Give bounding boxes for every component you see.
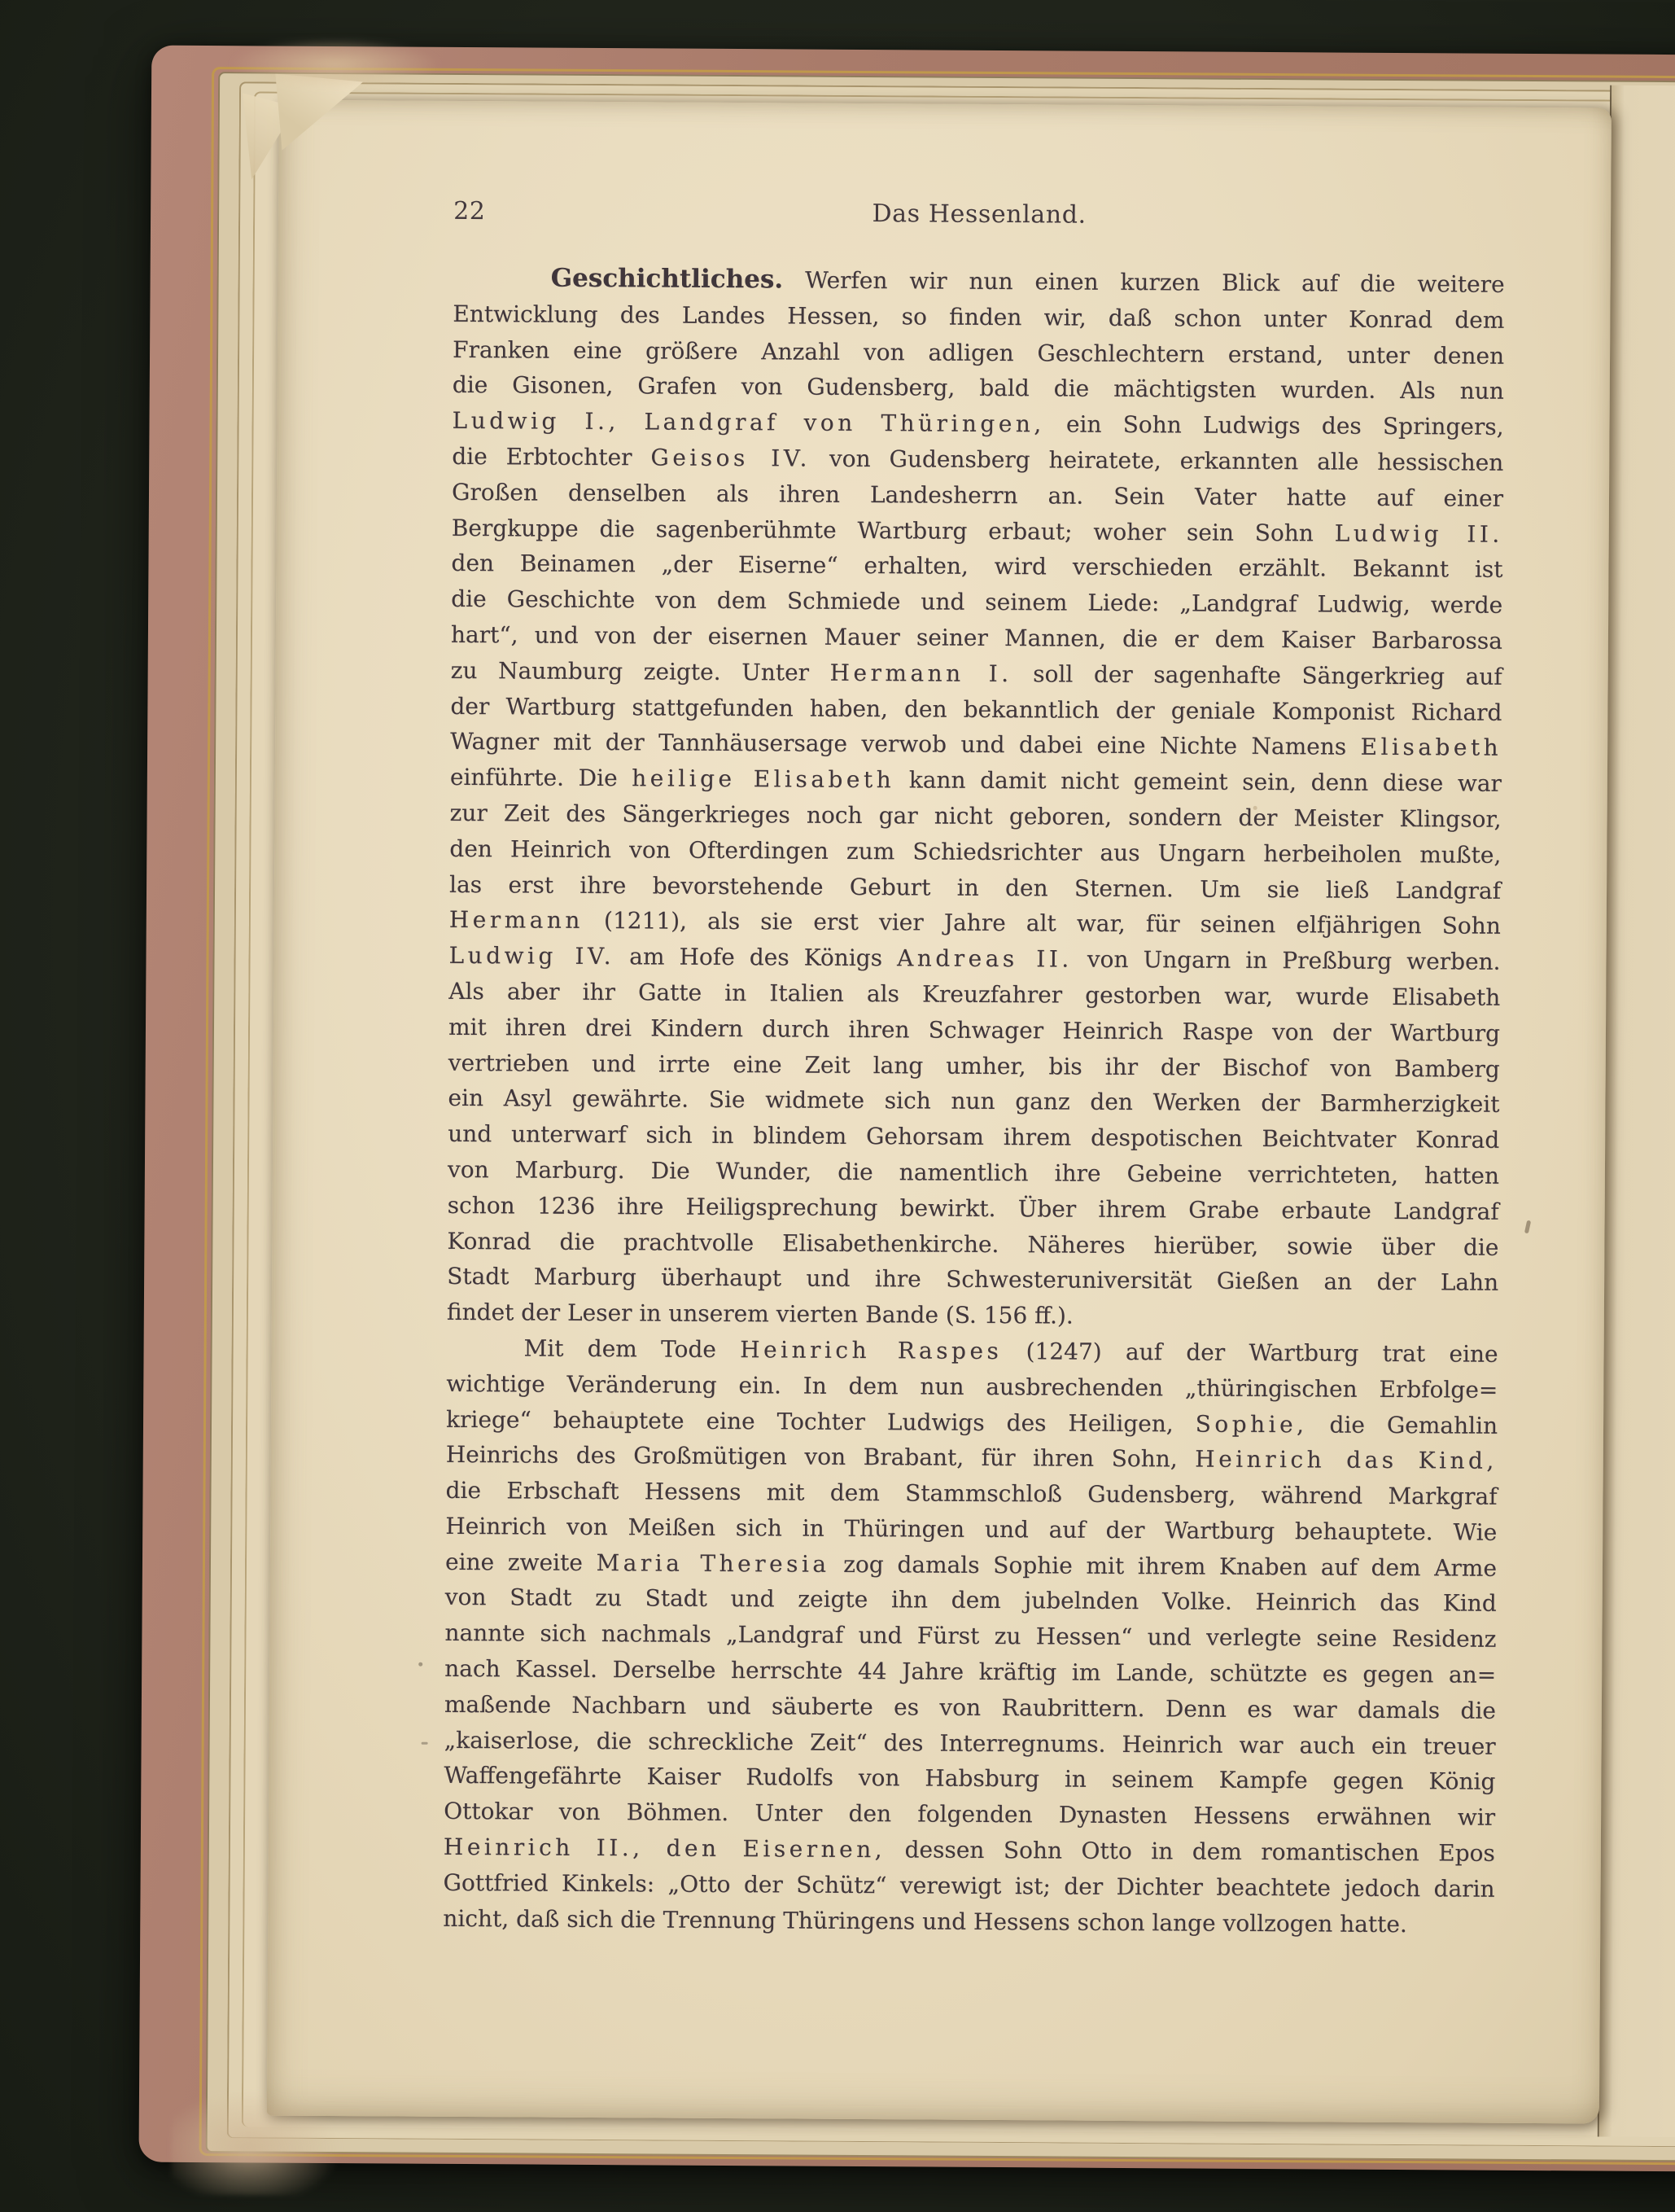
text-line: Mit dem Tode Heinrich Raspes (1247) auf … bbox=[446, 1330, 1498, 1373]
text-segment: „kaiserlose, die schreckliche Zeit“ des … bbox=[444, 1727, 1496, 1760]
text-segment: den Beinamen „der Eiserne“ erhalten, wir… bbox=[451, 550, 1502, 583]
text-segment: Waffengefährte Kaiser Rudolfs von Habsbu… bbox=[444, 1762, 1495, 1795]
text-segment: Wagner mit der Tannhäusersage verwob und… bbox=[450, 728, 1361, 760]
text-segment: die Erbtochter bbox=[452, 443, 650, 471]
text-segment: kann damit nicht gemeint sein, denn dies… bbox=[894, 766, 1502, 797]
text-line: nannte sich nachmals „Landgraf und Fürst… bbox=[444, 1615, 1496, 1658]
text-segment: ein Sohn Ludwigs des Springers, bbox=[1045, 411, 1504, 440]
paper-speck bbox=[418, 1662, 422, 1667]
text-segment: (1247) auf der Wartburg trat eine bbox=[1002, 1338, 1498, 1368]
text-line: nach Kassel. Derselbe herrschte 44 Jahre… bbox=[444, 1651, 1496, 1693]
text-segment: am Hofe des Königs bbox=[614, 943, 897, 971]
text-segment: (1211), als sie erst vier Jahre alt war,… bbox=[584, 907, 1501, 940]
text-segment: mit ihren drei Kindern durch ihren Schwa… bbox=[448, 1014, 1500, 1047]
text-segment: von Ungarn in Preßburg werben. bbox=[1073, 946, 1501, 975]
text-segment: Bergkuppe die sagenberühmte Wartburg erb… bbox=[452, 514, 1335, 546]
running-title: Das Hessenland. bbox=[872, 199, 1086, 230]
text-segment: Ottokar von Böhmen. Unter den folgenden … bbox=[444, 1798, 1495, 1831]
inline-heading: Geschichtliches. bbox=[551, 264, 784, 295]
text-line: findet der Leser in unserem vierten Band… bbox=[447, 1294, 1498, 1337]
text-segment: eine zweite bbox=[445, 1548, 597, 1576]
text-line: hart“, und von der eisernen Mauer seiner… bbox=[451, 617, 1502, 659]
text-segment: Stadt Marburg überhaupt und ihre Schwest… bbox=[447, 1263, 1498, 1296]
text-segment: die Erbschaft Hessens mit dem Stammschlo… bbox=[445, 1477, 1497, 1510]
text-line: Geschichtliches. Werfen wir nun einen ku… bbox=[453, 261, 1504, 303]
text-segment: die Geschichte von dem Schmiede und sein… bbox=[451, 585, 1502, 619]
text-segment: Gottfried Kinkels: „Otto der Schütz“ ver… bbox=[443, 1869, 1494, 1903]
text-segment: maßende Nachbarn und säuberte es von Rau… bbox=[444, 1691, 1496, 1724]
text-line: maßende Nachbarn und säuberte es von Rau… bbox=[444, 1687, 1496, 1729]
text-segment: Heinrichs des Großmütigen von Brabant, f… bbox=[446, 1441, 1196, 1473]
text-segment: nach Kassel. Derselbe herrschte 44 Jahre… bbox=[444, 1655, 1496, 1689]
text-segment: den Heinrich von Ofterdingen zum Schieds… bbox=[449, 835, 1501, 869]
text-line: Wagner mit der Tannhäusersage verwob und… bbox=[450, 724, 1502, 766]
text-segment: von Stadt zu Stadt und zeigte ihn dem ju… bbox=[445, 1583, 1497, 1617]
letterspaced-name: Geisos IV. bbox=[650, 444, 811, 471]
text-segment: von Gudensberg heiratete, erkannten alle… bbox=[811, 445, 1504, 476]
letterspaced-name: Andreas II. bbox=[897, 944, 1073, 972]
text-line: den Beinamen „der Eiserne“ erhalten, wir… bbox=[451, 545, 1502, 588]
text-line: Heinrichs des Großmütigen von Brabant, f… bbox=[446, 1437, 1498, 1479]
text-line: von Marburg. Die Wunder, die namentlich … bbox=[448, 1152, 1499, 1194]
text-line: Ludwig IV. am Hofe des Königs Andreas II… bbox=[448, 938, 1500, 980]
letterspaced-name: Maria Theresia bbox=[596, 1549, 829, 1578]
text-segment: Heinrich von Meißen sich in Thüringen un… bbox=[445, 1513, 1497, 1546]
letterspaced-name: Heinrich II., den Eisernen, bbox=[444, 1833, 886, 1863]
letterspaced-name: heilige Elisabeth bbox=[632, 764, 894, 793]
text-line: nicht, daß sich die Trennung Thüringens … bbox=[443, 1901, 1494, 1943]
text-segment: zur Zeit des Sängerkrieges noch gar nich… bbox=[450, 799, 1502, 833]
text-line: die Gisonen, Grafen von Gudensberg, bald… bbox=[453, 367, 1504, 410]
body-text: Geschichtliches. Werfen wir nun einen ku… bbox=[443, 261, 1505, 1943]
margin-ink-mark bbox=[1524, 1220, 1531, 1234]
page-number: 22 bbox=[453, 197, 486, 226]
text-segment: von Marburg. Die Wunder, die namentlich … bbox=[448, 1156, 1499, 1189]
paragraph: Mit dem Tode Heinrich Raspes (1247) auf … bbox=[443, 1330, 1498, 1943]
text-segment: Entwicklung des Landes Hessen, so finden… bbox=[453, 300, 1504, 334]
letterspaced-name: Hermann I. bbox=[829, 659, 1012, 687]
text-line: einführte. Die heilige Elisabeth kann da… bbox=[450, 760, 1502, 802]
letterspaced-name: Elisabeth bbox=[1361, 734, 1502, 761]
text-segment: findet der Leser in unserem vierten Band… bbox=[447, 1299, 1074, 1329]
text-line: die Geschichte von dem Schmiede und sein… bbox=[451, 581, 1502, 624]
text-line: kriege“ behauptete eine Tochter Ludwigs … bbox=[446, 1401, 1498, 1443]
text-segment: dessen Sohn Otto in dem romantischen Epo… bbox=[886, 1836, 1495, 1867]
text-line: ein Asyl gewährte. Sie widmete sich nun … bbox=[448, 1080, 1499, 1123]
text-segment: und unterwarf sich in blindem Gehorsam i… bbox=[448, 1120, 1499, 1154]
text-line: eine zweite Maria Theresia zog damals So… bbox=[445, 1544, 1497, 1587]
text-line: Als aber ihr Gatte in Italien als Kreuzf… bbox=[448, 974, 1500, 1016]
text-segment: zu Naumburg zeigte. Unter bbox=[451, 657, 830, 686]
text-segment: kriege“ behauptete eine Tochter Ludwigs … bbox=[446, 1405, 1196, 1437]
letterspaced-name: Hermann bbox=[449, 906, 584, 934]
letterspaced-name: Ludwig IV. bbox=[448, 942, 614, 970]
text-segment: Franken eine größere Anzahl von adligen … bbox=[453, 335, 1504, 369]
text-segment: wichtige Veränderung ein. In dem nun aus… bbox=[446, 1370, 1498, 1404]
text-line: Hermann (1211), als sie erst vier Jahre … bbox=[449, 902, 1501, 944]
paragraph: Geschichtliches. Werfen wir nun einen ku… bbox=[447, 261, 1505, 1337]
text-segment: nicht, daß sich die Trennung Thüringens … bbox=[443, 1905, 1407, 1938]
text-line: mit ihren drei Kindern durch ihren Schwa… bbox=[448, 1010, 1500, 1052]
text-line: Waffengefährte Kaiser Rudolfs von Habsbu… bbox=[444, 1758, 1495, 1800]
text-line: die Erbtochter Geisos IV. von Gudensberg… bbox=[452, 439, 1503, 481]
text-line: Ottokar von Böhmen. Unter den folgenden … bbox=[444, 1794, 1495, 1836]
text-segment: las erst ihre bevorstehende Geburt in de… bbox=[449, 870, 1501, 904]
text-segment: nannte sich nachmals „Landgraf und Fürst… bbox=[444, 1619, 1496, 1653]
text-segment: ein Asyl gewährte. Sie widmete sich nun … bbox=[448, 1084, 1499, 1118]
text-line: und unterwarf sich in blindem Gehorsam i… bbox=[448, 1116, 1499, 1159]
text-segment: Großen denselben als ihren Landesherrn a… bbox=[452, 479, 1503, 512]
text-line: Stadt Marburg überhaupt und ihre Schwest… bbox=[447, 1259, 1498, 1301]
text-line: von Stadt zu Stadt und zeigte ihn dem ju… bbox=[445, 1579, 1497, 1622]
text-line: den Heinrich von Ofterdingen zum Schieds… bbox=[449, 831, 1501, 874]
text-line: zur Zeit des Sängerkrieges noch gar nich… bbox=[449, 795, 1501, 838]
text-segment: hart“, und von der eisernen Mauer seiner… bbox=[451, 621, 1502, 655]
book-page: 22 Das Hessenland. Geschichtliches. Werf… bbox=[267, 100, 1612, 2124]
text-line: Entwicklung des Landes Hessen, so finden… bbox=[453, 296, 1504, 339]
letterspaced-name: Heinrich das Kind, bbox=[1195, 1446, 1498, 1474]
text-line: Heinrich von Meißen sich in Thüringen un… bbox=[445, 1509, 1497, 1551]
text-line: der Wartburg stattgefunden haben, den be… bbox=[450, 688, 1502, 730]
text-segment: Als aber ihr Gatte in Italien als Kreuzf… bbox=[448, 978, 1500, 1011]
text-line: Ludwig I., Landgraf von Thüringen, ein S… bbox=[452, 403, 1503, 445]
text-segment: schon 1236 ihre Heiligsprechung bewirkt.… bbox=[448, 1192, 1499, 1225]
letterspaced-name: Ludwig II. bbox=[1335, 519, 1503, 547]
text-segment: einführte. Die bbox=[450, 764, 632, 791]
text-segment: die Gisonen, Grafen von Gudensberg, bald… bbox=[453, 371, 1504, 405]
text-line: Großen denselben als ihren Landesherrn a… bbox=[452, 475, 1503, 517]
text-segment: Konrad die prachtvolle Elisabethenkirche… bbox=[447, 1227, 1498, 1260]
letterspaced-name: Sophie, bbox=[1196, 1410, 1308, 1438]
text-line: die Erbschaft Hessens mit dem Stammschlo… bbox=[445, 1473, 1497, 1515]
text-line: zu Naumburg zeigte. Unter Hermann I. sol… bbox=[451, 653, 1502, 695]
text-line: Gottfried Kinkels: „Otto der Schütz“ ver… bbox=[443, 1865, 1494, 1908]
text-line: „kaiserlose, die schreckliche Zeit“ des … bbox=[444, 1723, 1496, 1765]
text-line: vertrieben und irrte eine Zeit lang umhe… bbox=[448, 1045, 1500, 1087]
text-segment: Mit dem Tode bbox=[524, 1334, 741, 1363]
letterspaced-name: Heinrich Raspes bbox=[740, 1336, 1002, 1364]
text-line: las erst ihre bevorstehende Geburt in de… bbox=[449, 866, 1501, 909]
text-line: Konrad die prachtvolle Elisabethenkirche… bbox=[447, 1223, 1498, 1265]
text-segment: soll der sagenhafte Sängerkrieg auf bbox=[1012, 660, 1502, 690]
text-segment: vertrieben und irrte eine Zeit lang umhe… bbox=[448, 1049, 1500, 1082]
scanned-book-photo: 22 Das Hessenland. Geschichtliches. Werf… bbox=[0, 0, 1675, 2212]
text-line: Bergkuppe die sagenberühmte Wartburg erb… bbox=[452, 510, 1503, 552]
text-segment: Werfen wir nun einen kurzen Blick auf di… bbox=[783, 266, 1505, 297]
text-line: Heinrich II., den Eisernen, dessen Sohn … bbox=[444, 1829, 1495, 1872]
text-segment: zog damals Sophie mit ihrem Knaben auf d… bbox=[829, 1550, 1497, 1581]
letterspaced-name: Ludwig I., Landgraf von Thüringen, bbox=[452, 407, 1044, 437]
paper-speck bbox=[422, 1742, 428, 1745]
text-line: wichtige Veränderung ein. In dem nun aus… bbox=[446, 1366, 1498, 1408]
text-segment: der Wartburg stattgefunden haben, den be… bbox=[450, 692, 1502, 725]
text-line: schon 1236 ihre Heiligsprechung bewirkt.… bbox=[448, 1188, 1499, 1230]
text-segment: die Gemahlin bbox=[1307, 1411, 1498, 1439]
running-head: 22 Das Hessenland. bbox=[453, 197, 1505, 239]
text-line: Franken eine größere Anzahl von adligen … bbox=[453, 331, 1504, 374]
book-cover: 22 Das Hessenland. Geschichtliches. Werf… bbox=[138, 46, 1675, 2172]
